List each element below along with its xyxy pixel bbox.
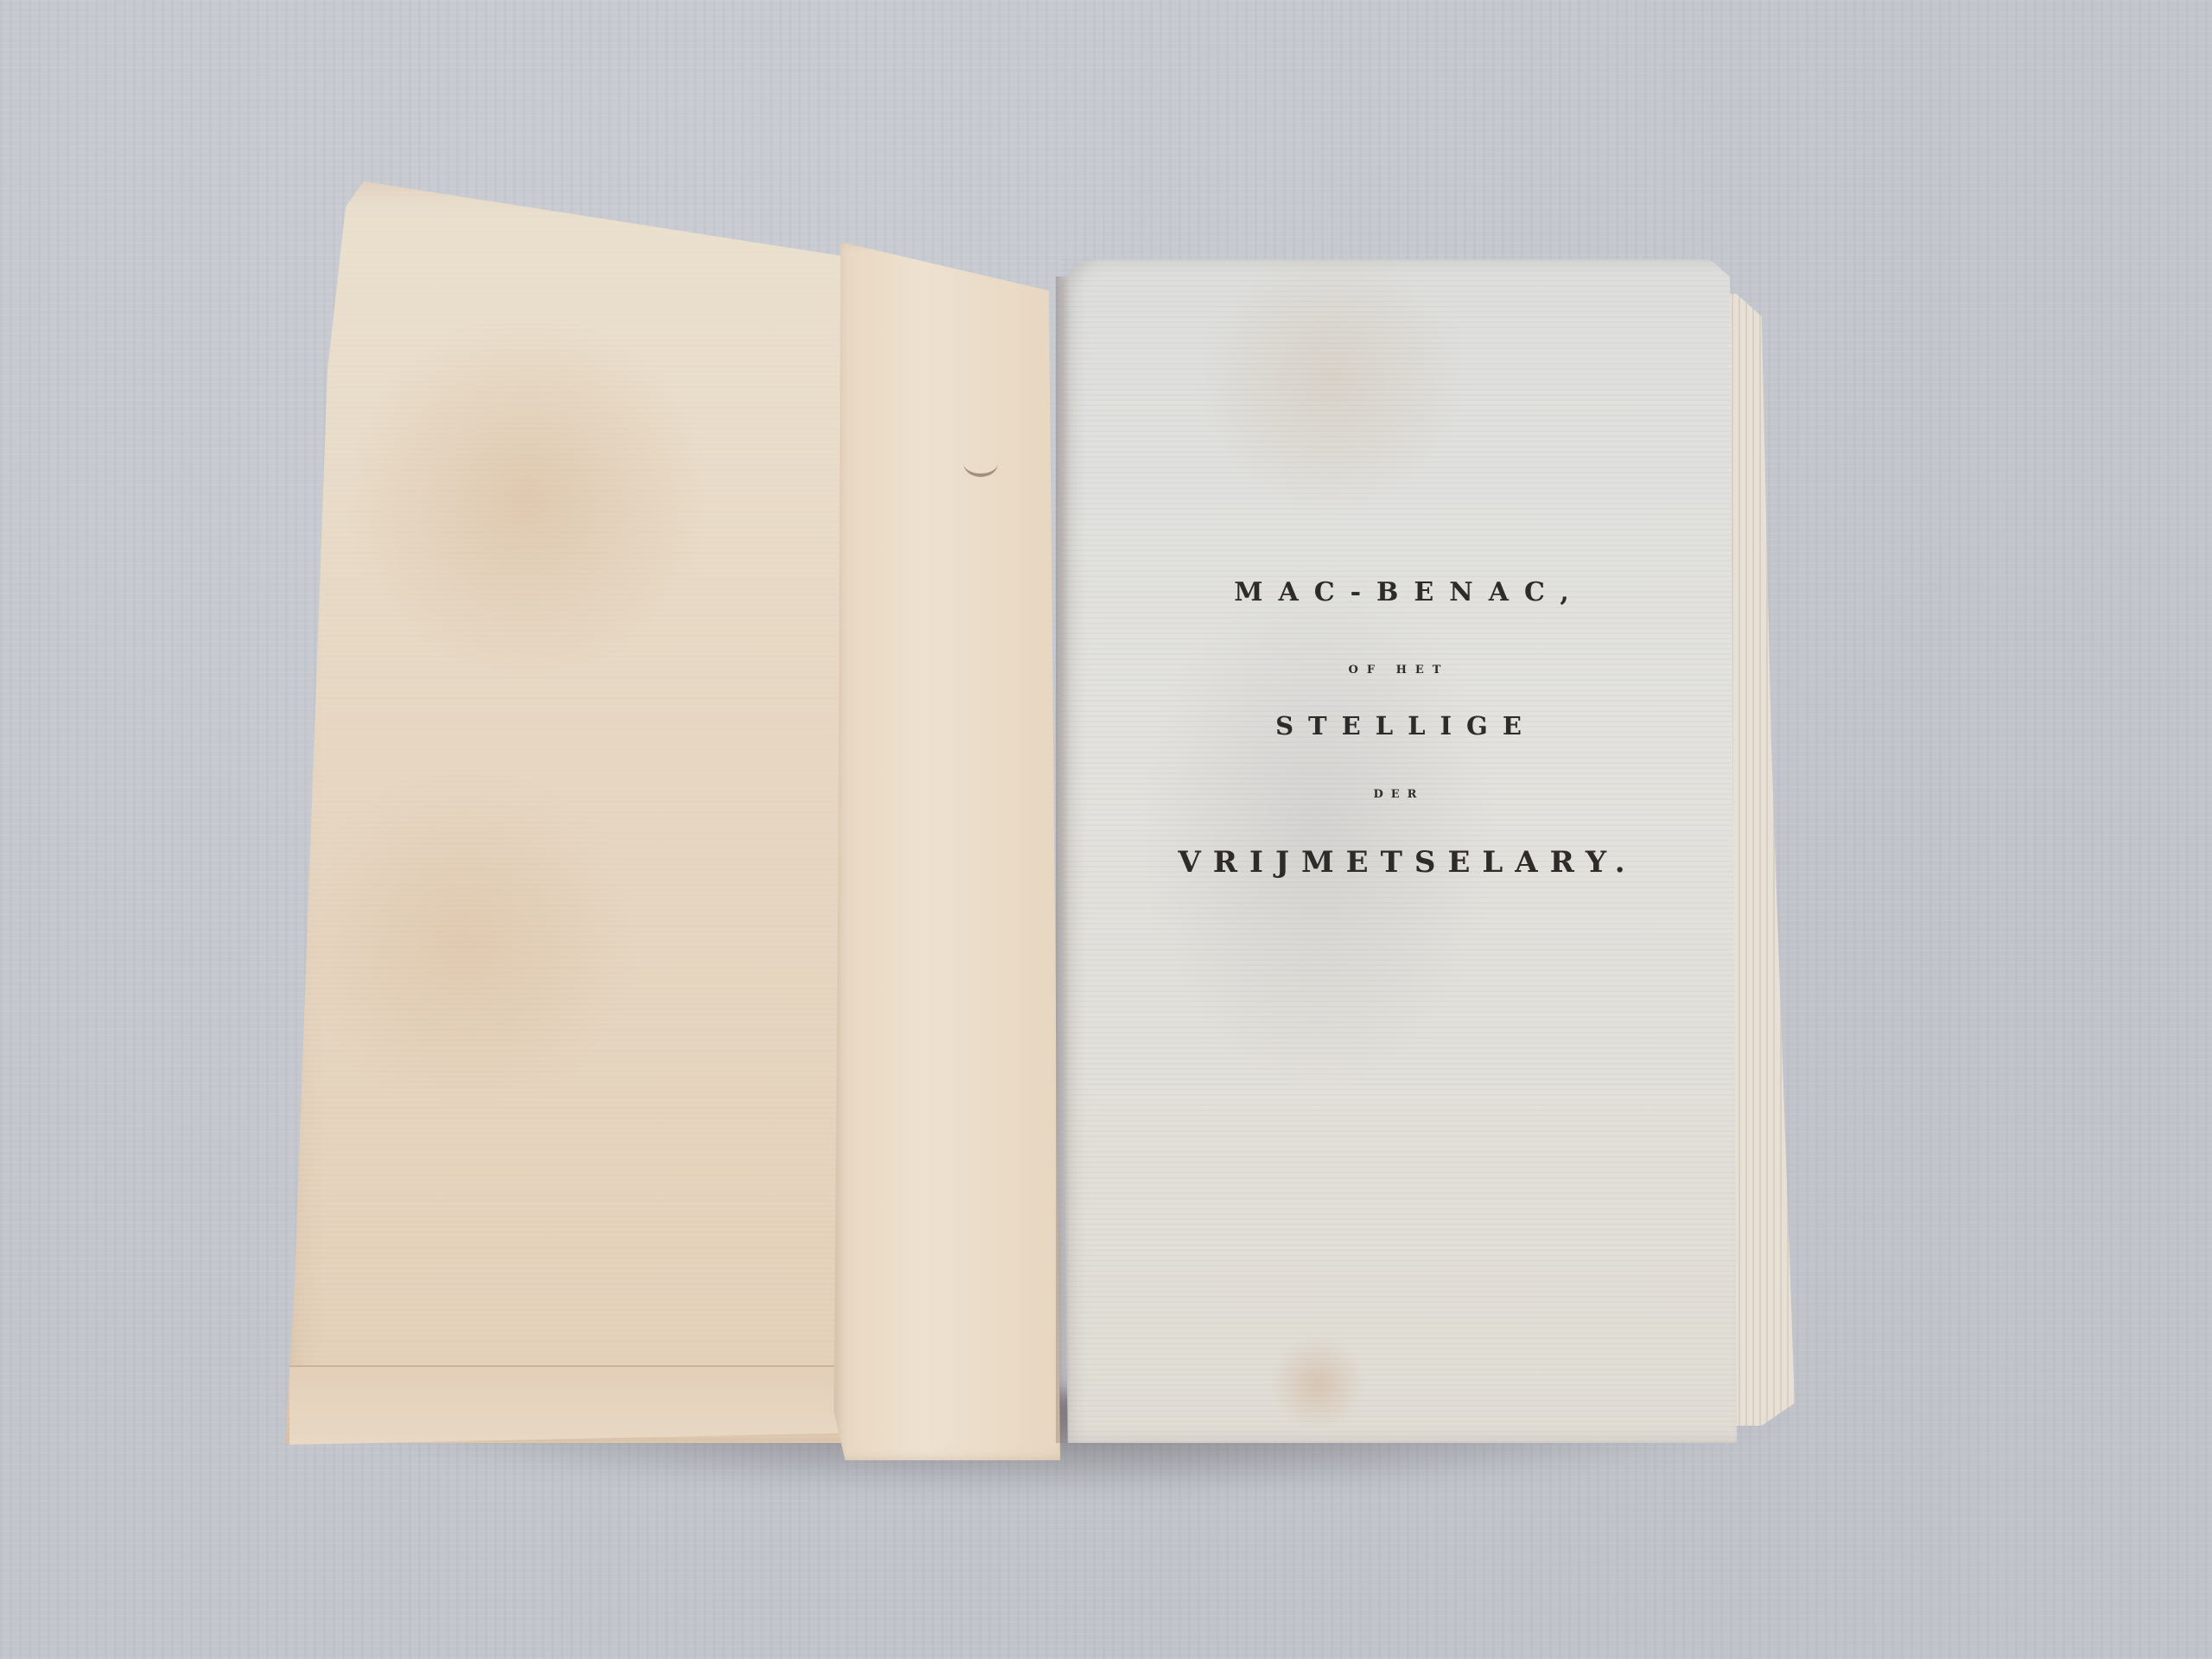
title-connector: OF HET bbox=[1061, 664, 1737, 677]
paper-crease-mark bbox=[963, 449, 998, 477]
antique-book: MAC-BENAC, OF HET STELLIGE DER VRIJMETSE… bbox=[0, 0, 2212, 1659]
title-subtitle: STELLIGE bbox=[1061, 711, 1744, 741]
flyleaf-strip bbox=[834, 242, 1060, 1460]
title-main: MAC-BENAC, bbox=[1061, 577, 1747, 607]
cover-bottom-fold bbox=[289, 1365, 860, 1445]
left-cover-board bbox=[285, 181, 890, 1443]
title-subject: VRIJMETSELARY. bbox=[1061, 845, 1745, 880]
title-article: DER bbox=[1061, 788, 1737, 801]
